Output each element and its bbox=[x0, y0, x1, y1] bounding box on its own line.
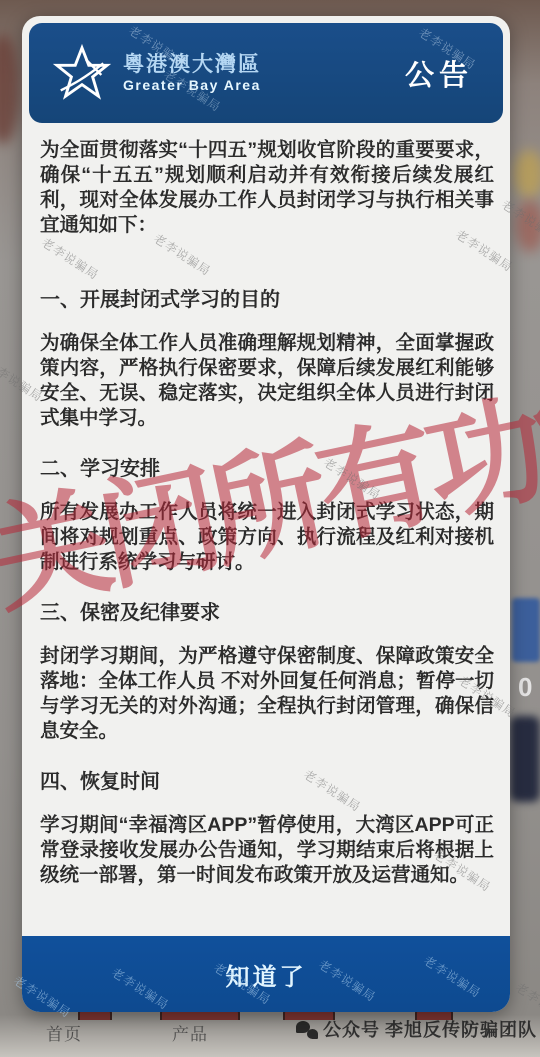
section-3-body: 封闭学习期间，为严格遵守保密制度、保障政策安全落地：全体工作人员 不对外回复任何… bbox=[40, 644, 494, 744]
background-dark-blob-right bbox=[510, 716, 540, 802]
tab-products[interactable]: 产品 bbox=[172, 1020, 208, 1045]
screenshot-root: 0 首页 产品 公众号 李旭反传防骗团队 粵港澳大灣區 Greater Bay … bbox=[0, 0, 540, 1057]
bottom-watermark-name: 李旭反传防骗团队 bbox=[385, 1016, 537, 1042]
announcement-badge: 公告 bbox=[405, 53, 473, 94]
section-2-body: 所有发展办工作人员将统一进入封闭式学习状态，期间将对规划重点、政策方向、执行流程… bbox=[40, 500, 494, 575]
bottom-watermark-prefix: 公众号 bbox=[323, 1016, 380, 1042]
background-blue-bar bbox=[512, 598, 540, 662]
bottom-watermark: 公众号 李旭反传防骗团队 bbox=[296, 1016, 537, 1042]
section-4-heading: 四、恢复时间 bbox=[40, 770, 494, 795]
logo-title-zh: 粵港澳大灣區 bbox=[123, 53, 261, 77]
background-blob-right-yellow bbox=[514, 150, 540, 198]
confirm-button-label: 知道了 bbox=[226, 957, 307, 992]
section-4-body: 学习期间“幸福湾区APP”暂停使用，大湾区APP可正常登录接收发展办公告通知，学… bbox=[40, 813, 494, 888]
section-2-heading: 二、学习安排 bbox=[40, 457, 494, 482]
section-1-heading: 一、开展封闭式学习的目的 bbox=[40, 288, 494, 313]
section-1-body: 为确保全体工作人员准确理解规划精神，全面掌握政策内容，严格执行保密要求，保障后续… bbox=[40, 331, 494, 431]
logo-text: 粵港澳大灣區 Greater Bay Area bbox=[123, 53, 261, 93]
section-3-heading: 三、保密及纪律要求 bbox=[40, 601, 494, 626]
background-blob-top-left bbox=[0, 34, 20, 144]
wechat-icon bbox=[296, 1019, 318, 1039]
logo-title-en: Greater Bay Area bbox=[123, 77, 261, 93]
confirm-button[interactable]: 知道了 bbox=[22, 936, 510, 1012]
background-blob-right-red bbox=[516, 200, 540, 252]
background-digit: 0 bbox=[518, 672, 532, 703]
background-tab-bar: 首页 产品 公众号 李旭反传防骗团队 bbox=[0, 1012, 540, 1048]
notice-content: 为全面贯彻落实“十四五”规划收官阶段的重要要求，确保“十五五”规划顺利启动并有效… bbox=[40, 138, 494, 914]
dialog-header: 粵港澳大灣區 Greater Bay Area 公告 bbox=[29, 23, 503, 123]
announcement-dialog: 粵港澳大灣區 Greater Bay Area 公告 为全面贯彻落实“十四五”规… bbox=[22, 16, 510, 1012]
gba-star-logo-icon bbox=[53, 44, 111, 102]
notice-intro: 为全面贯彻落实“十四五”规划收官阶段的重要要求，确保“十五五”规划顺利启动并有效… bbox=[40, 138, 494, 238]
tab-home[interactable]: 首页 bbox=[46, 1020, 82, 1045]
